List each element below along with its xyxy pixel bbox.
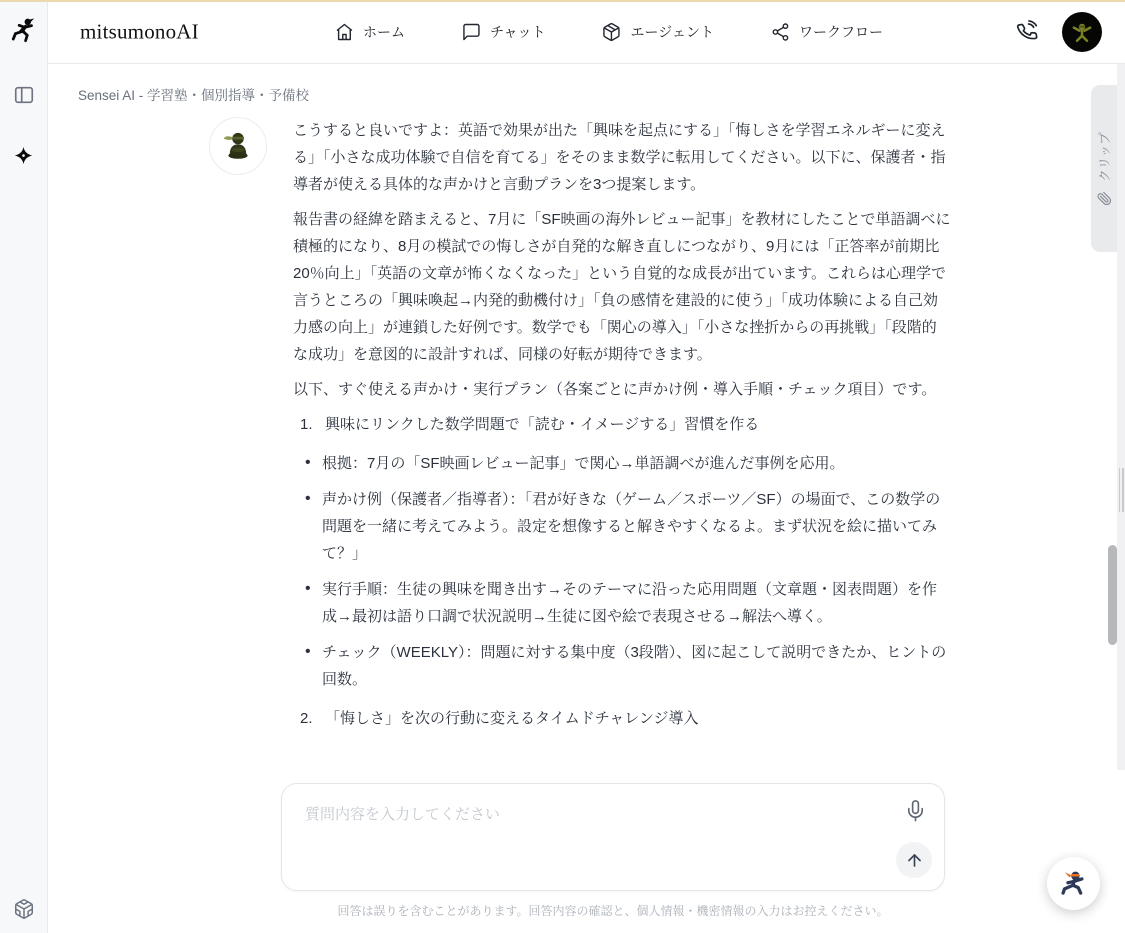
- message-paragraph: 報告書の経緯を踏まえると、7月に「SF映画の海外レビュー記事」を教材にしたことで…: [293, 206, 951, 368]
- phone-call-icon[interactable]: [1014, 19, 1040, 45]
- send-button[interactable]: [896, 842, 932, 878]
- clip-tab-label: クリップ: [1095, 132, 1113, 182]
- codesandbox-icon[interactable]: [13, 898, 35, 920]
- bullet-item: 実行手順：生徒の興味を聞き出す→そのテーマに沿った応用問題（文章題・図表問題）を…: [293, 576, 951, 630]
- clip-tab[interactable]: クリップ: [1091, 85, 1117, 252]
- cube-icon: [602, 22, 622, 42]
- top-accent-bar: [0, 0, 1125, 2]
- brand-title[interactable]: mitsumonoAI: [80, 19, 199, 44]
- topbar-right: [1014, 0, 1102, 63]
- arrow-up-icon: [905, 851, 924, 870]
- nav-label-chat: チャット: [490, 22, 546, 42]
- topbar: mitsumonoAI ホーム チャット: [48, 0, 1125, 64]
- home-icon: [334, 22, 354, 42]
- assistant-message-row: こうすると良いですよ：英語で効果が出た「興味を起点にする」「悔しさを学習エネルギ…: [209, 117, 1125, 744]
- ninja-logo-icon[interactable]: [9, 16, 39, 46]
- app-rail: [0, 0, 48, 933]
- bullet-list: 根拠：7月の「SF映画レビュー記事」で関心→単語調べが進んだ事例を応用。 声かけ…: [293, 450, 951, 693]
- nav-label-workflow: ワークフロー: [799, 22, 883, 42]
- bullet-item: チェック（WEEKLY）：問題に対する集中度（3段階）、図に起こして説明できたか…: [293, 639, 951, 693]
- app-window: mitsumonoAI ホーム チャット: [0, 0, 1125, 933]
- share-icon: [770, 22, 790, 42]
- chat-icon: [461, 22, 481, 42]
- main-nav: ホーム チャット エー: [334, 0, 883, 63]
- nav-label-home: ホーム: [363, 22, 405, 42]
- message-paragraph: 以下、すぐ使える声かけ・実行プラン（各案ごとに声かけ例・導入手順・チェック項目）…: [293, 376, 951, 403]
- nav-label-agent: エージェント: [631, 22, 714, 42]
- mic-button[interactable]: [902, 797, 928, 823]
- numbered-item-text: 興味にリンクした数学問題で「読む・イメージする」習慣を作る: [325, 411, 759, 438]
- composer-zone: 回答は誤りを含むことがあります。回答内容の確認と、個人情報・機密情報の入力はお控…: [48, 770, 1125, 933]
- numbered-item-1: 1. 興味にリンクした数学問題で「読む・イメージする」習慣を作る: [293, 411, 951, 438]
- bullet-item: 根拠：7月の「SF映画レビュー記事」で関心→単語調べが進んだ事例を応用。: [293, 450, 951, 477]
- agent-title: Sensei AI - 学習塾・個別指導・予備校: [48, 64, 1125, 104]
- message-paragraph: こうすると良いですよ：英語で効果が出た「興味を起点にする」「悔しさを学習エネルギ…: [293, 117, 951, 198]
- numbered-item-marker: 2.: [300, 705, 325, 732]
- numbered-item-marker: 1.: [300, 411, 325, 438]
- assistant-ninja-avatar-icon: [209, 117, 267, 175]
- nav-item-home[interactable]: ホーム: [334, 22, 405, 42]
- panel-toggle-icon[interactable]: [13, 84, 35, 106]
- bullet-item: 声かけ例（保護者／指導者）：「君が好きな（ゲーム／スポーツ／SF）の場面で、この…: [293, 486, 951, 567]
- assistant-message: こうすると良いですよ：英語で効果が出た「興味を起点にする」「悔しさを学習エネルギ…: [293, 117, 951, 744]
- ninja-fab-icon: [1057, 867, 1091, 901]
- numbered-item-2: 2. 「悔しさ」を次の行動に変えるタイムドチャレンジ導入: [293, 705, 951, 732]
- nav-item-agent[interactable]: エージェント: [602, 22, 714, 42]
- numbered-item-text: 「悔しさ」を次の行動に変えるタイムドチャレンジ導入: [325, 705, 699, 732]
- paperclip-icon: [1097, 190, 1112, 205]
- sparkle-icon[interactable]: [13, 144, 35, 166]
- disclaimer-text: 回答は誤りを含むことがあります。回答内容の確認と、個人情報・機密情報の入力はお控…: [281, 902, 945, 919]
- mic-icon: [904, 799, 927, 822]
- scrollbar-thumb[interactable]: [1108, 545, 1117, 645]
- chat-widget-button[interactable]: [1047, 857, 1100, 910]
- nav-item-workflow[interactable]: ワークフロー: [770, 22, 883, 42]
- panel-resize-handle[interactable]: [1118, 468, 1124, 512]
- nav-item-chat[interactable]: チャット: [461, 22, 546, 42]
- message-input[interactable]: [303, 801, 863, 863]
- composer: [281, 783, 945, 891]
- user-avatar[interactable]: [1062, 12, 1102, 52]
